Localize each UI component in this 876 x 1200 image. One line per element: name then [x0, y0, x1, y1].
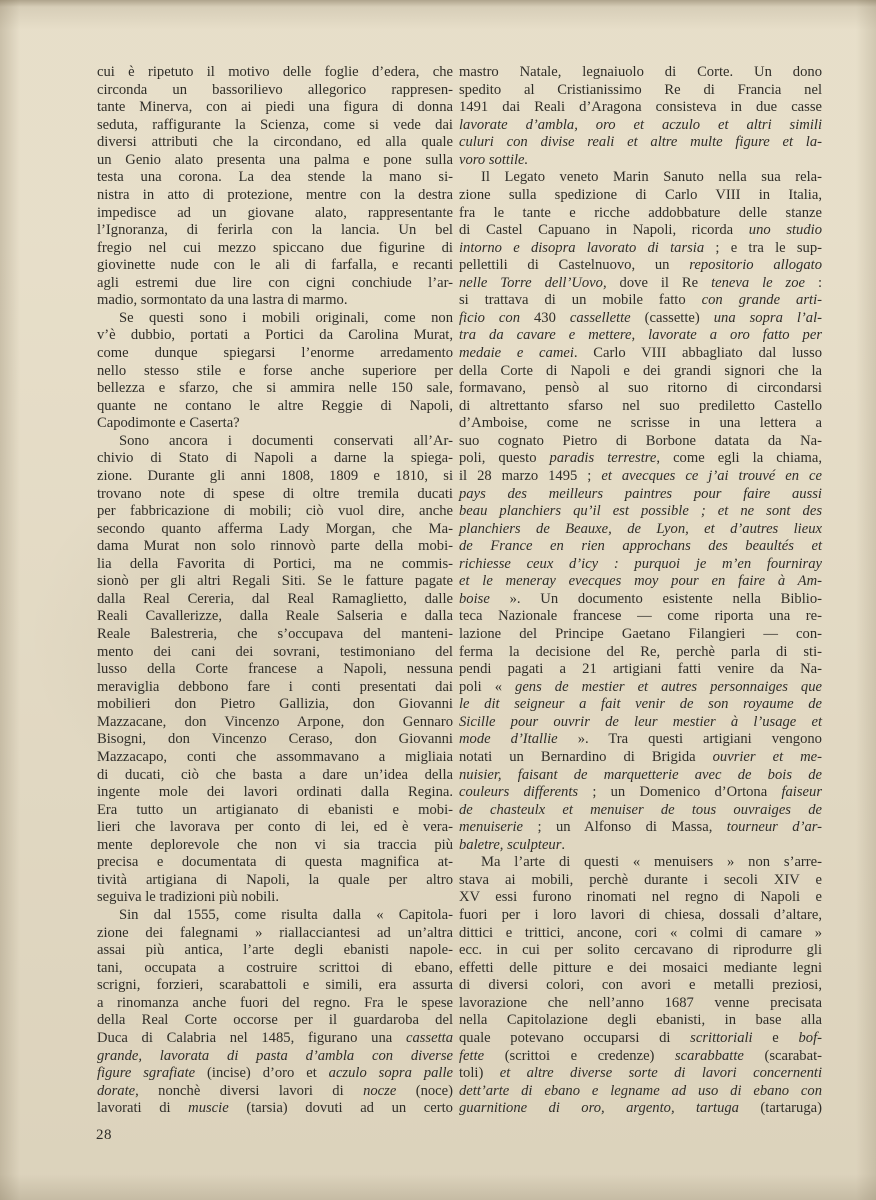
text-line: dittici e trittici, ancone, cori « colmi… — [459, 925, 822, 943]
text-line: notati un Bernardino di Brigida ouvrier … — [459, 749, 822, 767]
text-line: de chasteulx et menuiser de tous ouvraig… — [459, 802, 822, 820]
text-column-left: cui è ripetuto il motivo delle foglie d’… — [97, 64, 453, 1118]
text-line: Era tutto un artigianato di ebanisti e m… — [97, 802, 453, 820]
text-line: precisa e documentata di questa magnific… — [97, 854, 453, 872]
text-line: zione sulla spedizione di Carlo VIII in … — [459, 187, 822, 205]
text-line: ecc. in cui per solito cercavano di ripr… — [459, 942, 822, 960]
text-line: effetti delle pitture e dei mosaici medi… — [459, 960, 822, 978]
text-line: couleurs differents ; un Domenico d’Orto… — [459, 784, 822, 802]
text-line: tani, occupata a costruire scrittoi di e… — [97, 960, 453, 978]
text-line: dorate, nonchè diversi lavori di nocze (… — [97, 1083, 453, 1101]
text-line: v’è dubbio, portati a Portici da Carolin… — [97, 327, 453, 345]
text-line: boise ». Un documento esistente nella Bi… — [459, 591, 822, 609]
text-line: madio, sormontato da una lastra di marmo… — [97, 292, 453, 310]
text-line: il 28 marzo 1495 ; et avecques ce j’ai t… — [459, 468, 822, 486]
text-line: teca Nazionale francese — come riporta u… — [459, 608, 822, 626]
text-line: Ma l’arte di questi « menuisers » non s’… — [459, 854, 822, 872]
text-line: trovano note di spese di oltre tremila d… — [97, 486, 453, 504]
text-line: Sono ancora i documenti conservati all’A… — [97, 433, 453, 451]
text-line: circonda un bassorilievo allegorico rapp… — [97, 82, 453, 100]
text-line: d’Amboise, come ne scrisse in una letter… — [459, 415, 822, 433]
text-line: lavorazione che nell’anno 1687 venne pre… — [459, 995, 822, 1013]
text-line: formavano, pensò al suo ritorno di circo… — [459, 380, 822, 398]
text-line: poli, questo paradis terrestre, come egl… — [459, 450, 822, 468]
text-line: et le meneray evecques moy pour en faire… — [459, 573, 822, 591]
text-line: Bisogni, don Vincenzo Ceraso, don Giovan… — [97, 731, 453, 749]
text-line: scrigni, forzieri, scarabattoli e simili… — [97, 977, 453, 995]
text-line: tività artigiana di Napoli, la quale per… — [97, 872, 453, 890]
text-line: quale potevano occuparsi di scrittoriali… — [459, 1030, 822, 1048]
text-line: XV essi furono rinomati nel regno di Nap… — [459, 889, 822, 907]
text-line: nella Capitolazione degli ebanisti, in b… — [459, 1012, 822, 1030]
text-line: secondo quanto afferma Lady Morgan, che … — [97, 521, 453, 539]
text-line: lavorati di muscie (tarsia) dovuti ad un… — [97, 1100, 453, 1118]
text-line: Reale Balestreria, che s’occupava del ma… — [97, 626, 453, 644]
text-line: Mazzacapo, conti che assommavano a migli… — [97, 749, 453, 767]
text-line: mode d’Itallie ». Tra questi artigiani v… — [459, 731, 822, 749]
text-line: l’Ignoranza, di ferirla con la lancia. U… — [97, 222, 453, 240]
text-line: assai più antica, l’arte degli ebanisti … — [97, 942, 453, 960]
text-line: agli estremi due lire con cigni conchiud… — [97, 275, 453, 293]
text-line: mastro Natale, legnaiuolo di Corte. Un d… — [459, 64, 822, 82]
text-line: bellezza e sfarzo, che si ammira nelle 1… — [97, 380, 453, 398]
text-line: come dunque spiegarsi l’enorme arredamen… — [97, 345, 453, 363]
text-line: giovinette nude con le ali di farfalla, … — [97, 257, 453, 275]
text-line: lavorate d’ambla, oro et aczulo et altri… — [459, 117, 822, 135]
text-line: Capodimonte e Caserta? — [97, 415, 453, 433]
text-line: poli « gens de mestier et autres personn… — [459, 679, 822, 697]
text-line: culuri con divise reali et altre multe f… — [459, 134, 822, 152]
text-line: zione dei falegnami » riallacciantesi ad… — [97, 925, 453, 943]
text-line: intorno e disopra lavorato di tarsia ; e… — [459, 240, 822, 258]
text-line: seguiva le tradizioni più nobili. — [97, 889, 453, 907]
text-line: sionò per gli altri Regali Siti. Se le f… — [97, 573, 453, 591]
text-line: toli) et altre diverse sorte di lavori c… — [459, 1065, 822, 1083]
text-line: mento dei cani dei sovrani, testimoniano… — [97, 644, 453, 662]
text-line: fuori per i loro lavori di chiesa, dossa… — [459, 907, 822, 925]
text-line: a rinomanza anche fuori del regno. Fra l… — [97, 995, 453, 1013]
text-line: Il Legato veneto Marin Sanuto nella sua … — [459, 169, 822, 187]
text-line: Reali Cavallerizze, dalla Reale Salseria… — [97, 608, 453, 626]
text-line: figure sgrafiate (incise) d’oro et aczul… — [97, 1065, 453, 1083]
text-line: suo cognato Pietro di Borbone datata da … — [459, 433, 822, 451]
text-line: Se questi sono i mobili originali, come … — [97, 310, 453, 328]
text-line: pendi pagati a 21 artigiani fatti venire… — [459, 661, 822, 679]
text-line: di Castel Capuano in Napoli, ricorda uno… — [459, 222, 822, 240]
text-line: quante ne contano le altre Reggie di Nap… — [97, 398, 453, 416]
text-line: grande, lavorata di pasta d’ambla con di… — [97, 1048, 453, 1066]
text-line: cui è ripetuto il motivo delle foglie d’… — [97, 64, 453, 82]
text-line: nello stesso stile e forse anche superio… — [97, 363, 453, 381]
text-line: guarnitione di oro, argento, tartuga (ta… — [459, 1100, 822, 1118]
text-line: della Corte di Napoli e dei grandi signo… — [459, 363, 822, 381]
text-line: pellettili di Castelnuovo, un repositori… — [459, 257, 822, 275]
text-line: tante Minerva, con ai piedi una figura d… — [97, 99, 453, 117]
text-line: medaie e camei. Carlo VIII abbagliato da… — [459, 345, 822, 363]
text-line: stava ai mobili, perchè durante i secoli… — [459, 872, 822, 890]
text-line: spedito al Cristianissimo Re di Francia … — [459, 82, 822, 100]
text-line: nuisier, faisant de marquetterie avec de… — [459, 767, 822, 785]
text-line: un Genio alato presenta una palma e pone… — [97, 152, 453, 170]
text-line: pays des meilleurs paintres pour faire a… — [459, 486, 822, 504]
text-line: dett’arte di ebano e legname ad uso di e… — [459, 1083, 822, 1101]
text-line: le dit seigneur a fait venir de son roya… — [459, 696, 822, 714]
text-column-right: mastro Natale, legnaiuolo di Corte. Un d… — [459, 64, 822, 1118]
text-line: nelle Torre dell’Uovo, dove il Re teneva… — [459, 275, 822, 293]
text-line: mente deplorevole che non vi sia traccia… — [97, 837, 453, 855]
text-line: lia della Favorita di Portici, ma ne com… — [97, 556, 453, 574]
text-line: zione. Durante gli anni 1808, 1809 e 181… — [97, 468, 453, 486]
text-line: beau planchiers qu’il est possible ; et … — [459, 503, 822, 521]
text-line: dama Murat non solo rinnovò parte della … — [97, 538, 453, 556]
text-line: testa una corona. La dea stende la mano … — [97, 169, 453, 187]
text-line: lieri che lavorava per conto di lei, ed … — [97, 819, 453, 837]
text-line: seduta, raffigurante la Scienza, come si… — [97, 117, 453, 135]
text-line: ingente mole dei lavori ordinati dalla R… — [97, 784, 453, 802]
text-line: nistra in atto di protezione, mentre con… — [97, 187, 453, 205]
text-line: lazione del Principe Gaetano Filangieri … — [459, 626, 822, 644]
text-line: 1491 dai Reali d’Aragona consisteva in d… — [459, 99, 822, 117]
text-line: fra le tante e ricche addobbature delle … — [459, 205, 822, 223]
text-line: Duca di Calabria nel 1485, figurano una … — [97, 1030, 453, 1048]
text-line: impedisce ad un giovane alato, rappresen… — [97, 205, 453, 223]
text-line: richiesse ceux d’icy : purquoi je m’en f… — [459, 556, 822, 574]
text-line: chivio di Stato di Napoli a darne la spi… — [97, 450, 453, 468]
text-line: ficio con 430 cassellette (cassette) una… — [459, 310, 822, 328]
text-line: fregio nel cui mezzo spiccano due figuri… — [97, 240, 453, 258]
text-line: de France en rien approchans des beaulté… — [459, 538, 822, 556]
text-line: planchiers de Beauxe, de Lyon, et d’autr… — [459, 521, 822, 539]
text-line: diversi attributi che la circondano, ed … — [97, 134, 453, 152]
text-line: meraviglia debbono fare i conti presenta… — [97, 679, 453, 697]
text-line: di diversi colori, con avori e metalli p… — [459, 977, 822, 995]
text-line: voro sottile. — [459, 152, 822, 170]
text-line: baletre, sculpteur. — [459, 837, 822, 855]
text-line: Sin dal 1555, come risulta dalla « Capit… — [97, 907, 453, 925]
text-line: di altrettanto sfarso nel suo prediletto… — [459, 398, 822, 416]
text-line: lusso della Corte francese a Napoli, nes… — [97, 661, 453, 679]
scanned-book-page: cui è ripetuto il motivo delle foglie d’… — [0, 0, 876, 1200]
text-line: si trattava di un mobile fatto con grand… — [459, 292, 822, 310]
text-line: dalla Real Cereria, dal Real Ramaglietto… — [97, 591, 453, 609]
text-line: fette (scrittoi e credenze) scarabbatte … — [459, 1048, 822, 1066]
text-line: di ducati, ciò che basta a dare un’idea … — [97, 767, 453, 785]
text-line: per fabbricazione di mobili; ciò vuol di… — [97, 503, 453, 521]
text-line: Sicille pour ouvrir de leur mestier à l’… — [459, 714, 822, 732]
text-line: ferma la decisione del Re, perchè parla … — [459, 644, 822, 662]
text-line: menuiserie ; un Alfonso di Massa, tourne… — [459, 819, 822, 837]
text-line: tra da cavare e mettere, lavorate a oro … — [459, 327, 822, 345]
text-line: Mazzacane, don Vincenzo Arpone, don Genn… — [97, 714, 453, 732]
text-line: della Real Corte occorse per il guardaro… — [97, 1012, 453, 1030]
text-line: mobilieri don Pietro Gallizia, don Giova… — [97, 696, 453, 714]
page-number: 28 — [96, 1127, 112, 1144]
